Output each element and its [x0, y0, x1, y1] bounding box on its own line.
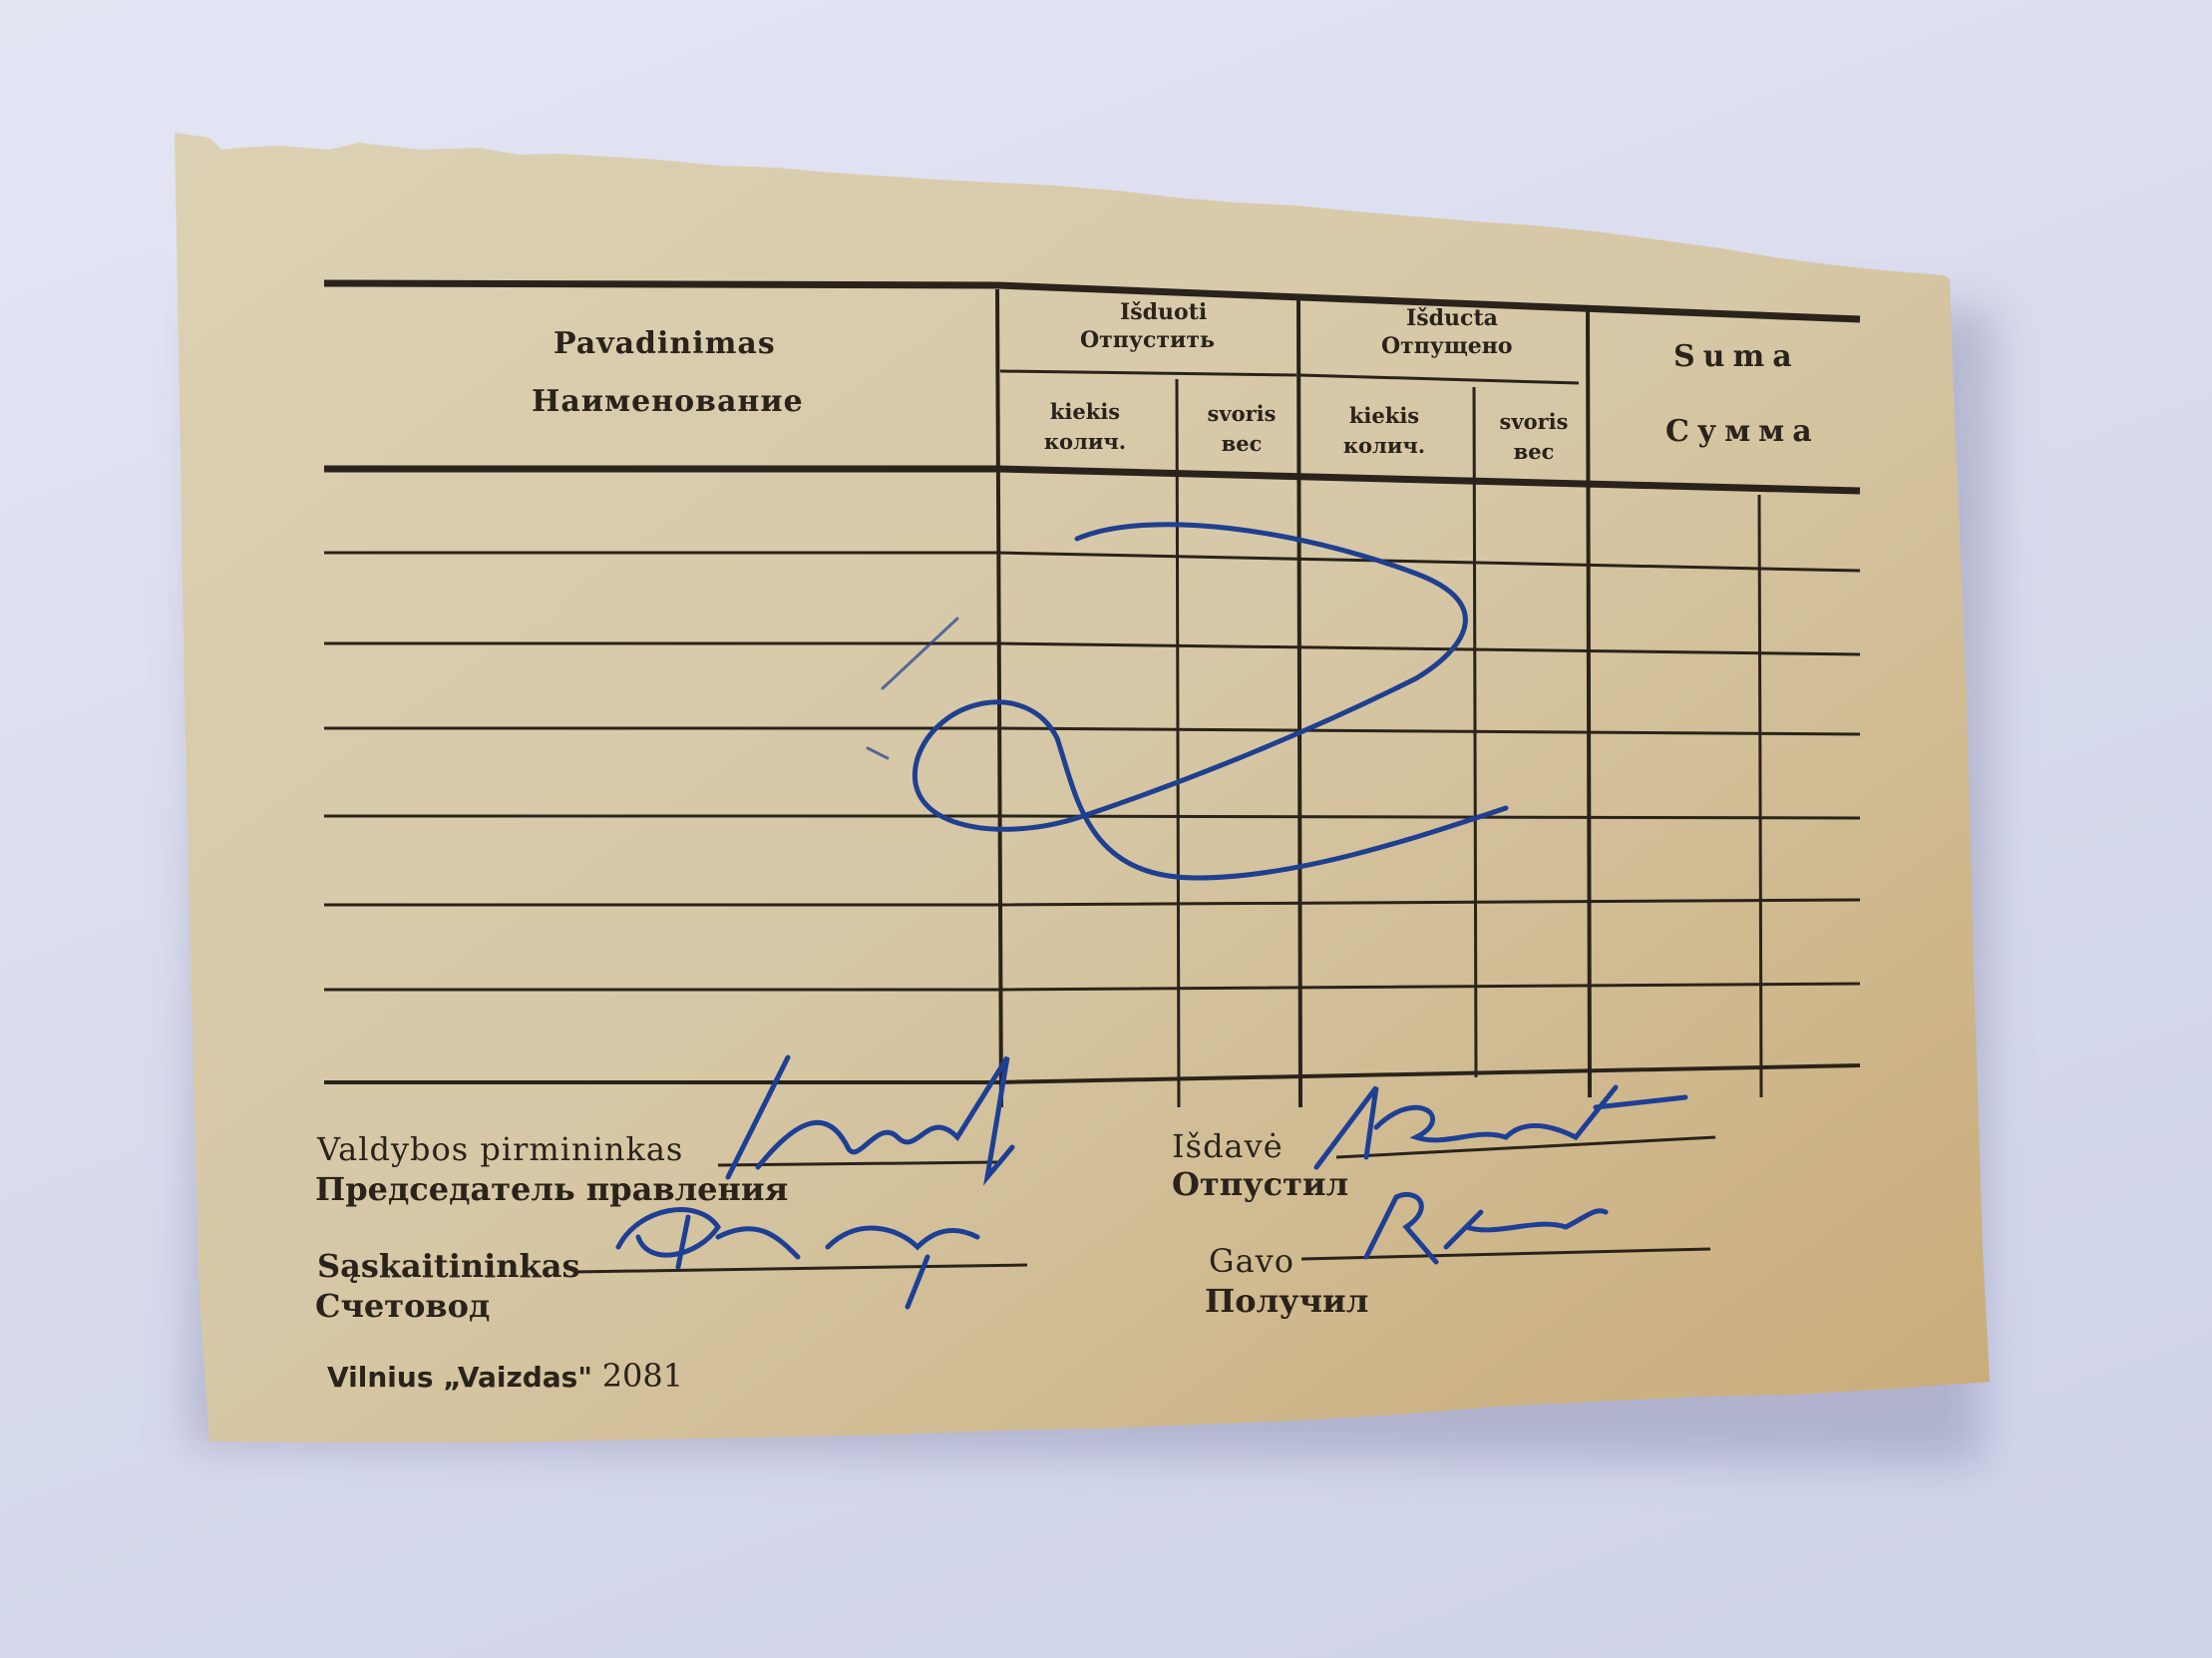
header-sum-lt: Suma [1673, 339, 1800, 374]
paper-graphics [0, 0, 2212, 1658]
label-received-by-lt: Gavo [1209, 1242, 1294, 1280]
subheader-issued-qty: kiekis колич. [1324, 401, 1444, 461]
header-issued-ru: Отпущено [1381, 333, 1513, 359]
subheader-issued-weight: svoris вес [1484, 407, 1584, 467]
label-chairman-ru: Председатель правления [315, 1170, 788, 1208]
paper-sheet: Pavadinimas Наименование Išduoti Отпусти… [0, 0, 2212, 1658]
subheader-label-lt: svoris [1484, 407, 1584, 437]
header-issue-ru: Отпустить [1080, 327, 1215, 353]
label-received-by-ru: Получил [1205, 1282, 1368, 1320]
subheader-issue-qty: kiekis колич. [1025, 397, 1145, 457]
subheader-label-ru: колич. [1324, 431, 1444, 461]
label-issued-by-ru: Отпустил [1172, 1165, 1348, 1203]
header-sum-ru: Сумма [1665, 414, 1820, 449]
subheader-label-lt: svoris [1192, 399, 1291, 429]
label-accountant-ru: Счетовод [315, 1287, 490, 1325]
imprint-city: Vilnius [327, 1361, 434, 1394]
subheader-label-ru: вес [1484, 437, 1584, 467]
header-name-lt: Pavadinimas [553, 326, 776, 361]
subheader-label-ru: вес [1192, 429, 1291, 459]
subheader-issue-weight: svoris вес [1192, 399, 1291, 459]
imprint-printer: „Vaizdas" [443, 1361, 592, 1394]
label-issued-by-lt: Išdavė [1172, 1127, 1284, 1165]
header-issued-lt: Išducta [1406, 305, 1498, 331]
imprint-number: 2081 [602, 1357, 683, 1395]
label-accountant-lt: Sąskaitininkas [317, 1247, 579, 1285]
subheader-label-lt: kiekis [1025, 397, 1145, 427]
subheader-label-lt: kiekis [1324, 401, 1444, 431]
printer-imprint: Vilnius „Vaizdas" 2081 [327, 1357, 683, 1395]
subheader-label-ru: колич. [1025, 427, 1145, 457]
header-issue-lt: Išduoti [1120, 299, 1207, 325]
label-chairman-lt: Valdybos pirmininkas [317, 1130, 683, 1168]
header-name-ru: Наименование [532, 384, 804, 419]
